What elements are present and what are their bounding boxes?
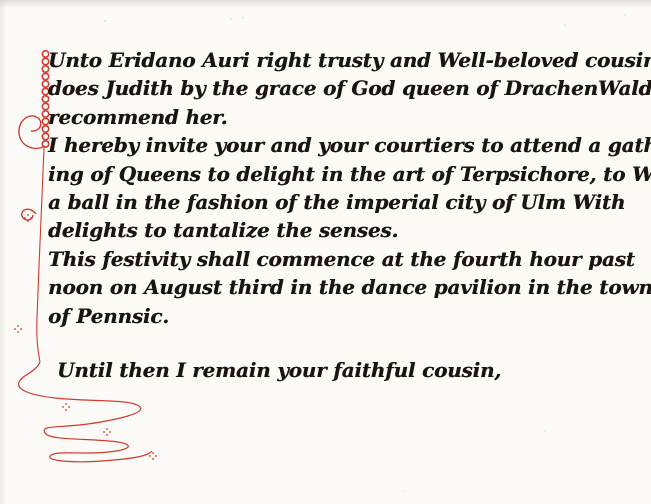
- letter-line: delights to tantalize the senses.: [48, 216, 651, 244]
- margin-line-icon: [37, 148, 44, 362]
- letter-line: Unto Eridano Auri right trusty and Well-…: [48, 46, 651, 74]
- letter-line: I hereby invite your and your courtiers …: [48, 131, 651, 159]
- margin-curl-icon: [22, 209, 36, 220]
- letter-line: does Judith by the grace of God queen of…: [48, 74, 651, 102]
- letter-line: a ball in the fashion of the imperial ci…: [48, 188, 651, 216]
- letter-line: noon on August third in the dance pavili…: [48, 273, 651, 301]
- letter-closing: Until then I remain your faithful cousin…: [48, 355, 651, 385]
- letter-line: This festivity shall commence at the fou…: [48, 245, 651, 273]
- chain-curl-icon: [19, 116, 45, 148]
- letter-line: recommend her.: [48, 103, 651, 131]
- letter-line: of Pennsic.: [48, 302, 651, 330]
- letter-page: Unto Eridano Auri right trusty and Well-…: [0, 0, 651, 504]
- scan-noise: [104, 20, 106, 22]
- letter-line: ing of Queens to delight in the art of T…: [48, 160, 651, 188]
- letter-body: Unto Eridano Auri right trusty and Well-…: [48, 46, 651, 385]
